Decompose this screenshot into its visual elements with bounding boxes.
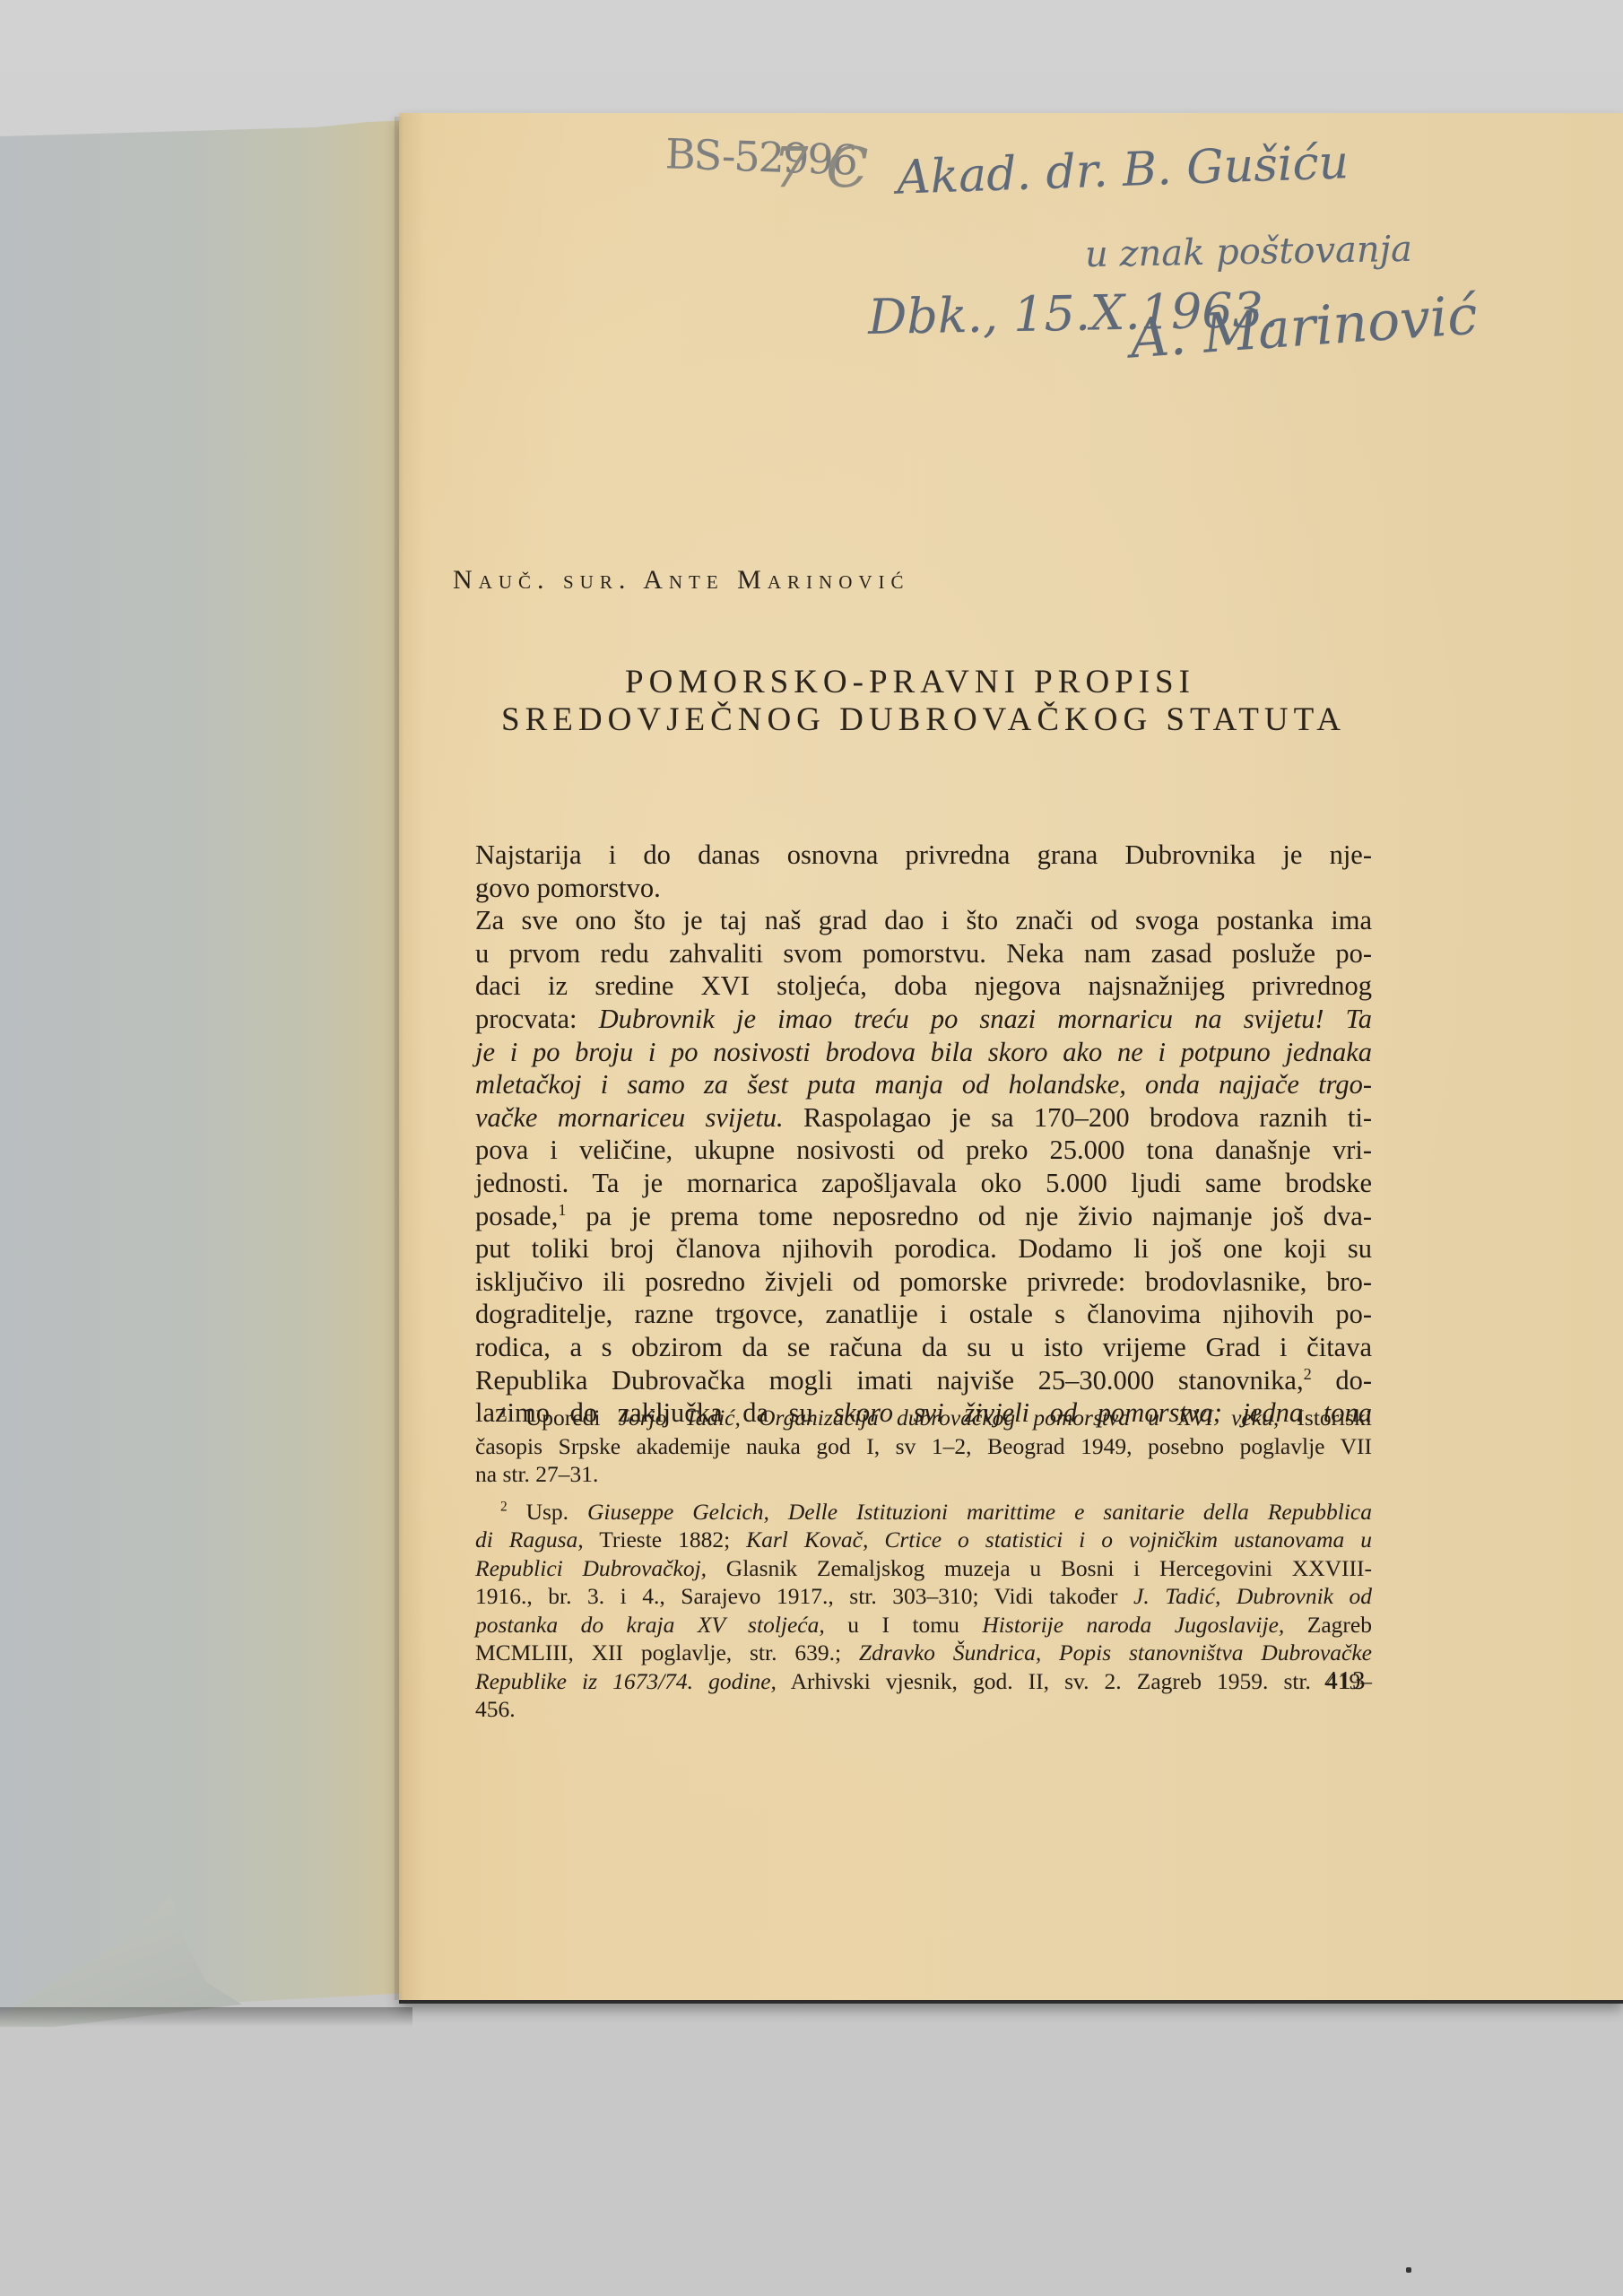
body-line: u prvom redu zahvaliti svom pomorstvu. N… [475, 937, 1372, 970]
page-spine-edge [395, 117, 404, 2000]
footnote-ref-2[interactable]: 2 [1304, 1364, 1312, 1382]
body-line: pova i veličine, ukupne nosivosti od pre… [475, 1134, 1372, 1167]
footnotes: 1 Uporedi Jorjo Tadić, Organizacija dubr… [475, 1404, 1372, 1724]
body-line: govo pomorstvo. [475, 872, 1372, 905]
body-line: vačke mornariceu svijetu. Raspolagao je … [475, 1101, 1372, 1135]
handwritten-mark: 7 C [773, 135, 869, 200]
handwritten-dedication-text: u znak poštovanja [1085, 229, 1413, 275]
dust-speck [1406, 2267, 1411, 2273]
body-line: dograditelje, razne trgovce, zanatlije i… [475, 1298, 1372, 1331]
footnote-line: MCMLIII, XII poglavlje, str. 639.; Zdrav… [475, 1639, 1372, 1667]
footnote-1: 1 Uporedi Jorjo Tadić, Organizacija dubr… [475, 1404, 1372, 1432]
body-line: Za sve ono što je taj naš grad dao i što… [475, 904, 1372, 937]
footnote-line: 1916., br. 3. i 4., Sarajevo 1917., str.… [475, 1582, 1372, 1611]
booklet-cover [0, 0, 412, 2296]
footnote-2: 2 Usp. Giuseppe Gelcich, Delle Istituzio… [475, 1498, 1372, 1526]
author-line: Nauč. sur. Ante Marinović [453, 565, 910, 596]
body-line: isključivo ili posredno živjeli od pomor… [475, 1265, 1372, 1299]
body-line: put toliki broj članova njihovih porodic… [475, 1232, 1372, 1265]
cover-shadow [0, 2007, 412, 2027]
body-line: Najstarija i do danas osnovna privredna … [475, 839, 1372, 872]
title-line-2: SREDOVJEČNOG DUBROVAČKOG STATUTA [453, 701, 1394, 739]
footnote-line: postanka do kraja XV stoljeća, u I tomu … [475, 1611, 1372, 1639]
body-line: rodica, a s obzirom da se računa da su u… [475, 1331, 1372, 1364]
body-line: mletačkoj i samo za šest puta manja od h… [475, 1068, 1372, 1101]
footnote-line: Republici Dubrovačkoj, Glasnik Zemaljsko… [475, 1554, 1372, 1583]
body-line: daci iz sredine XVI stoljeća, doba njego… [475, 970, 1372, 1003]
page-number: 413 [1324, 1666, 1367, 1696]
footnote-line: časopis Srpske akademije nauka god I, sv… [475, 1432, 1372, 1461]
body-text: Najstarija i do danas osnovna privredna … [475, 839, 1372, 1430]
body-line: posade,1 pa je prema tome neposredno od … [475, 1200, 1372, 1233]
body-line: je i po broju i po nosivosti brodova bil… [475, 1036, 1372, 1069]
footnote-line: di Ragusa, Trieste 1882; Karl Kovač, Crt… [475, 1526, 1372, 1554]
title-line-1: POMORSKO-PRAVNI PROPISI [439, 664, 1381, 701]
footnote-line: na str. 27–31. [475, 1460, 1372, 1489]
body-line: jednosti. Ta je mornarica zapošljavala o… [475, 1167, 1372, 1200]
body-line: procvata: Dubrovnik je imao treću po sna… [475, 1003, 1372, 1036]
footnote-line: Republike iz 1673/74. godine, Arhivski v… [475, 1667, 1372, 1696]
footnote-line: 456. [475, 1695, 1372, 1724]
body-line: Republika Dubrovačka mogli imati najviše… [475, 1364, 1372, 1397]
